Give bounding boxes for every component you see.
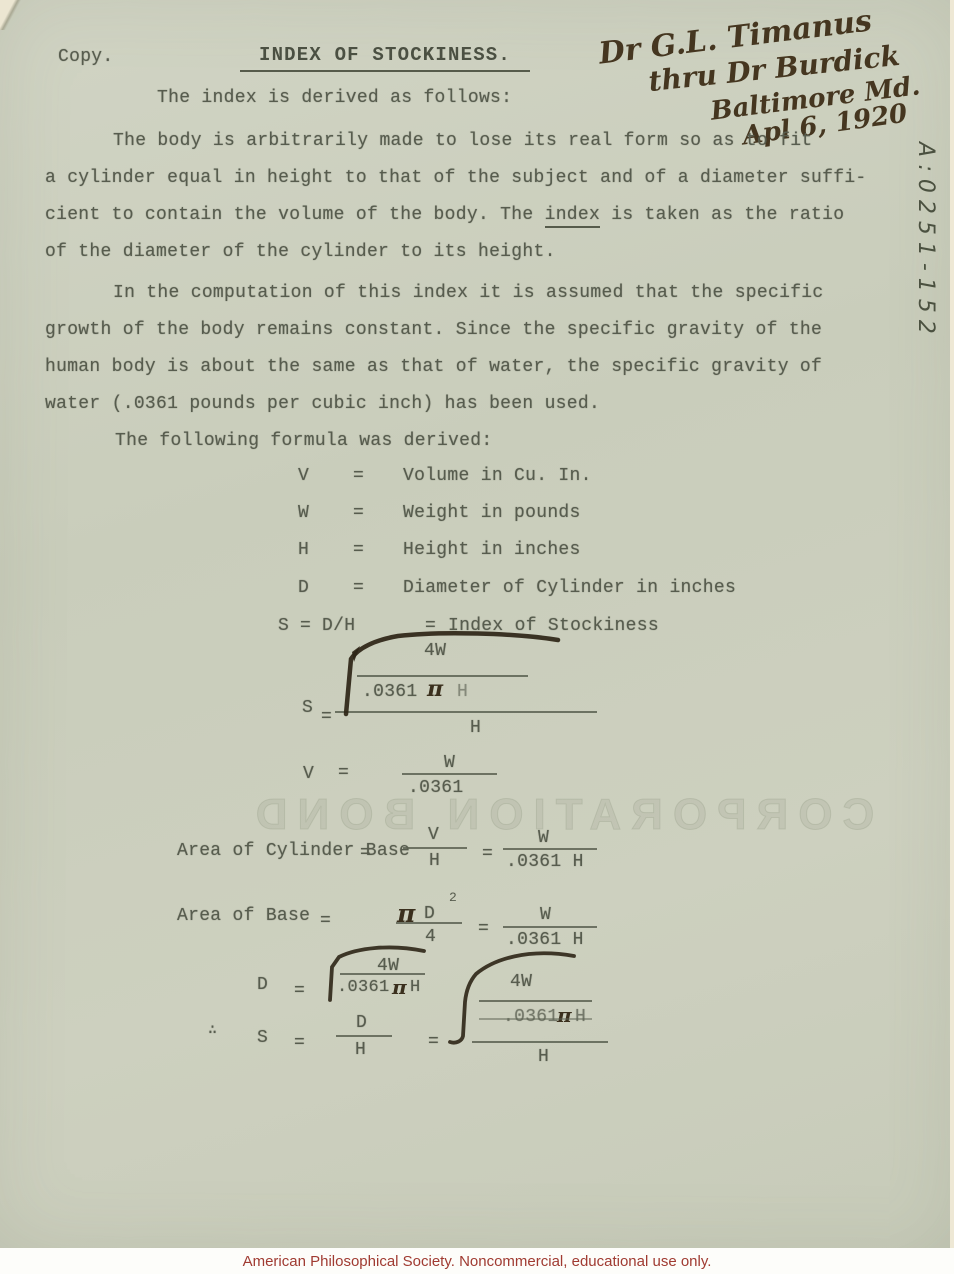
fraction-bar [503, 926, 597, 928]
fraction-bar [472, 1041, 608, 1043]
definition-symbol-h: H [298, 540, 309, 561]
s-formula-numerator: 4W [424, 641, 446, 662]
paragraph2-line3: human body is about the same as that of … [45, 357, 822, 378]
d-formula-lhs: D [257, 975, 268, 996]
paper-corner-edge [0, 0, 22, 30]
s-formula-den-h: H [457, 682, 468, 703]
fraction-bar [396, 922, 462, 924]
page-title-underline: INDEX OF STOCKINESS. [240, 44, 530, 72]
pi-symbol: π [557, 1003, 572, 1027]
area-cylinder-label: Area of Cylinder Base [177, 841, 410, 862]
scanned-document-page: CORPORATION BOND Copy. INDEX OF STOCKINE… [0, 0, 954, 1274]
intro-line: The index is derived as follows: [157, 88, 512, 109]
definition-meaning-h: Height in inches [403, 540, 581, 561]
d-formula-den-coef: .0361 [337, 978, 390, 998]
s-formula-outer-den: H [470, 718, 481, 739]
equals-icon: = [320, 911, 331, 932]
paragraph1-line3: cient to contain the volume of the body.… [45, 205, 844, 226]
s-final-lhs: S [257, 1028, 268, 1049]
footer-credit-text: American Philosophical Society. Noncomme… [243, 1253, 712, 1270]
definition-meaning-s: Index of Stockiness [448, 616, 659, 637]
paragraph1-line3-pre: cient to contain the volume of the body.… [45, 205, 545, 225]
area-base-f2-num: W [540, 905, 551, 926]
equals-icon: = [353, 503, 364, 524]
definition-symbol-v: V [298, 466, 309, 487]
strike-line [479, 1018, 592, 1020]
equals-icon: = [482, 844, 493, 865]
fraction-bar [403, 847, 467, 849]
equals-icon: = [478, 919, 489, 940]
equals-icon: = [360, 843, 371, 864]
paper-watermark: CORPORATION BOND [190, 790, 930, 840]
paper-right-edge [950, 0, 954, 1248]
s-final-f1-num: D [356, 1013, 367, 1034]
equals-icon: = [428, 1032, 439, 1053]
equals-icon: = [300, 616, 311, 637]
fraction-bar [335, 711, 597, 713]
definition-meaning-w: Weight in pounds [403, 503, 581, 524]
equals-icon: = [353, 540, 364, 561]
pi-symbol: π [427, 676, 443, 702]
pi-symbol: π [392, 975, 407, 999]
s-formula-lhs: S [302, 698, 313, 719]
v-formula-lhs: V [303, 764, 314, 785]
area-base-label: Area of Base [177, 906, 310, 927]
area-base-f2-den: .0361 H [506, 930, 584, 951]
page-title: INDEX OF STOCKINESS. [259, 44, 511, 66]
s-final-outer-den: H [538, 1047, 549, 1068]
paragraph2-line2: growth of the body remains constant. Sin… [45, 320, 822, 341]
v-formula-den: .0361 [408, 778, 464, 799]
fraction-bar [479, 1000, 592, 1002]
equals-icon: = [425, 616, 436, 637]
underlined-word-index: index [545, 205, 601, 228]
copy-label: Copy. [58, 47, 114, 68]
fraction-bar [340, 973, 425, 975]
handwritten-archive-reference: A:0251-152 [913, 142, 938, 341]
d-formula-den-h: H [410, 978, 421, 998]
equals-icon: = [353, 466, 364, 487]
definition-symbol-d: D [298, 578, 309, 599]
definition-ratio: D/H [322, 616, 355, 637]
definition-symbol-w: W [298, 503, 309, 524]
paragraph2-line1: In the computation of this index it is a… [113, 283, 824, 304]
therefore-icon: ∴ [208, 1022, 217, 1039]
fraction-bar [402, 773, 497, 775]
fraction-bar [503, 848, 597, 850]
v-formula-num: W [444, 753, 455, 774]
definition-meaning-v: Volume in Cu. In. [403, 466, 592, 487]
area-cylinder-f2-den: .0361 H [506, 852, 584, 873]
s-final-num: 4W [510, 972, 532, 993]
footer-credit-bar: American Philosophical Society. Noncomme… [0, 1248, 954, 1274]
area-cylinder-f2-num: W [538, 828, 549, 849]
paragraph1-line2: a cylinder equal in height to that of th… [45, 168, 867, 189]
area-cylinder-f1-den: H [429, 851, 440, 872]
paragraph2-line4: water (.0361 pounds per cubic inch) has … [45, 394, 600, 415]
paragraph1-line4: of the diameter of the cylinder to its h… [45, 242, 556, 263]
definition-meaning-d: Diameter of Cylinder in inches [403, 578, 736, 599]
exponent-2: 2 [449, 890, 457, 905]
equals-icon: = [294, 1033, 305, 1054]
equals-icon: = [321, 707, 332, 728]
paragraph1-line3-post: is taken as the ratio [600, 205, 844, 225]
equals-icon: = [353, 578, 364, 599]
definition-symbol-s: S [278, 616, 289, 637]
s-final-f1-den: H [355, 1040, 366, 1061]
fraction-bar [336, 1035, 392, 1037]
equals-icon: = [294, 981, 305, 1002]
equals-icon: = [338, 763, 349, 784]
s-formula-den-coef: .0361 [362, 682, 418, 703]
area-base-den: 4 [425, 927, 436, 948]
paragraph1-line1: The body is arbitrarily made to lose its… [113, 131, 812, 152]
formula-intro-line: The following formula was derived: [115, 431, 492, 452]
area-cylinder-f1-num: V [428, 825, 439, 846]
